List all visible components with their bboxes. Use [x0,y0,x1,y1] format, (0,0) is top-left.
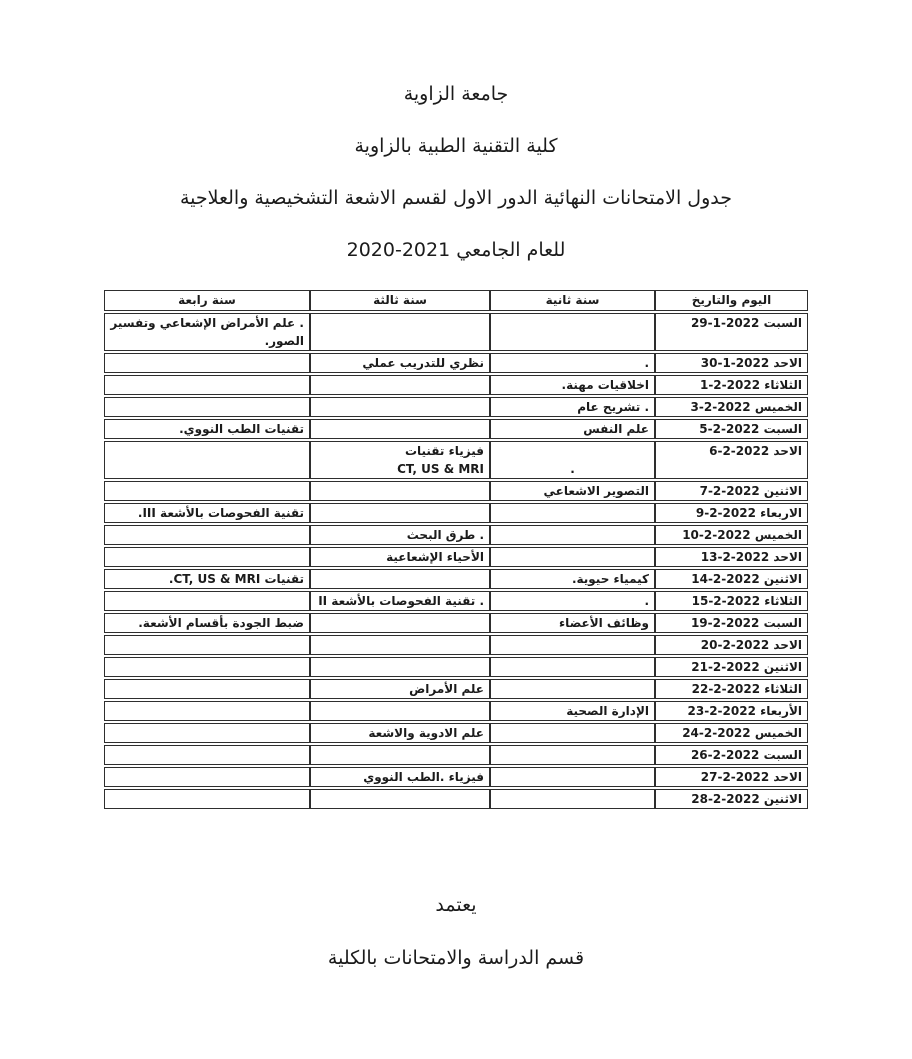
title-university: جامعة الزاوية [0,80,912,108]
cell-date: الاربعاء 2022-2-9 [655,503,808,523]
table-row: السبت 2022-1-29 . علم الأمراض الإشعاعي و… [104,313,808,351]
cell-year4 [104,441,310,479]
cell-year3: نظري للتدريب عملي [310,353,490,373]
table-row: الثلاثاء 2022-2-22 علم الأمراض [104,679,808,699]
table-row: الاثنين 2022-2-14 كيمياء حيوية. تقنيات C… [104,569,808,589]
cell-year3: علم الأمراض [310,679,490,699]
cell-year3 [310,657,490,677]
cell-date: الاثنين 2022-2-28 [655,789,808,809]
table-row: السبت 2022-2-5 علم النفس تقنيات الطب الن… [104,419,808,439]
table-row: الاثنين 2022-2-7 التصوير الاشعاعي [104,481,808,501]
table-row: الاربعاء 2022-2-9 تقنية الفحوصات بالأشعة… [104,503,808,523]
cell-year2 [490,547,655,567]
table-row: الاحد 2022-2-27 فيزياء .الطب النووي [104,767,808,787]
cell-date: الاثنين 2022-2-21 [655,657,808,677]
table-row: اليوم والتاريخ سنة ثانية سنة ثالثة سنة ر… [104,290,808,311]
cell-year4 [104,745,310,765]
table-row: الاثنين 2022-2-21 [104,657,808,677]
cell-date: الاثنين 2022-2-7 [655,481,808,501]
cell-date: السبت 2022-1-29 [655,313,808,351]
cell-year4: تقنية الفحوصات بالأشعة III. [104,503,310,523]
title-academic-year: للعام الجامعي 2021-2020 [0,236,912,264]
cell-year2: اخلاقيات مهنة. [490,375,655,395]
document-page: جامعة الزاوية كلية التقنية الطبية بالزاو… [0,0,912,1059]
cell-year2: . تشريح عام [490,397,655,417]
cell-year3 [310,569,490,589]
cell-year2 [490,723,655,743]
cell-year3 [310,635,490,655]
cell-year4: تقنيات CT, US & MRI. [104,569,310,589]
cell-year2: . [490,353,655,373]
cell-year3 [310,397,490,417]
cell-date: الاحد 2022-1-30 [655,353,808,373]
approval-label: يعتمد [0,891,912,919]
cell-year3 [310,789,490,809]
cell-year3 [310,503,490,523]
cell-year3 [310,313,490,351]
cell-date: الثلاثاء 2022-2-1 [655,375,808,395]
cell-date: الاحد 2022-2-27 [655,767,808,787]
cell-year3: فيزياء تقنيات CT, US & MRI [310,441,490,479]
cell-year2 [490,679,655,699]
cell-year2: . [490,441,655,479]
column-header-date: اليوم والتاريخ [655,290,808,311]
cell-date: السبت 2022-2-5 [655,419,808,439]
column-header-year3: سنة ثالثة [310,290,490,311]
cell-year4 [104,375,310,395]
cell-year4 [104,701,310,721]
cell-date: الثلاثاء 2022-2-15 [655,591,808,611]
cell-year4 [104,547,310,567]
title-college: كلية التقنية الطبية بالزاوية [0,132,912,160]
table-row: الاثنين 2022-2-28 [104,789,808,809]
cell-year2 [490,525,655,545]
cell-year4 [104,397,310,417]
cell-year4: . علم الأمراض الإشعاعي وتفسير الصور. [104,313,310,351]
cell-date: الاحد 2022-2-6 [655,441,808,479]
cell-date: الأربعاء 2022-2-23 [655,701,808,721]
cell-year4 [104,353,310,373]
cell-year4 [104,789,310,809]
department-signature: قسم الدراسة والامتحانات بالكلية [0,944,912,972]
table-row: الخميس 2022-2-3 . تشريح عام [104,397,808,417]
table-header-row: اليوم والتاريخ سنة ثانية سنة ثالثة سنة ر… [104,290,808,311]
cell-year2: . [490,591,655,611]
cell-year2: علم النفس [490,419,655,439]
cell-year3 [310,375,490,395]
cell-year2: التصوير الاشعاعي [490,481,655,501]
table-row: الثلاثاء 2022-2-15 . . تقنية الفحوصات با… [104,591,808,611]
cell-date: السبت 2022-2-26 [655,745,808,765]
table-row: الأربعاء 2022-2-23 الإدارة الصحية [104,701,808,721]
cell-date: الاحد 2022-2-20 [655,635,808,655]
cell-year2 [490,503,655,523]
cell-year3 [310,481,490,501]
cell-year3: . تقنية الفحوصات بالأشعة II [310,591,490,611]
table-row: الاحد 2022-2-6 . فيزياء تقنيات CT, US & … [104,441,808,479]
cell-date: الثلاثاء 2022-2-22 [655,679,808,699]
exam-schedule-table: اليوم والتاريخ سنة ثانية سنة ثالثة سنة ر… [104,288,808,811]
cell-year3: الأحياء الإشعاعية [310,547,490,567]
cell-date: الاثنين 2022-2-14 [655,569,808,589]
cell-year4 [104,723,310,743]
cell-year4 [104,679,310,699]
table-row: الاحد 2022-2-13 الأحياء الإشعاعية [104,547,808,567]
cell-year4 [104,635,310,655]
title-schedule: جدول الامتحانات النهائية الدور الاول لقس… [0,184,912,212]
cell-year3 [310,613,490,633]
table-row: السبت 2022-2-19 وظائف الأعضاء ضبط الجودة… [104,613,808,633]
table-row: الخميس 2022-2-10 . طرق البحث [104,525,808,545]
column-header-year2: سنة ثانية [490,290,655,311]
cell-year3: . طرق البحث [310,525,490,545]
cell-year2 [490,789,655,809]
cell-year2 [490,657,655,677]
cell-year3: علم الادوية والاشعة [310,723,490,743]
cell-date: الاحد 2022-2-13 [655,547,808,567]
table-row: السبت 2022-2-26 [104,745,808,765]
cell-year4 [104,657,310,677]
cell-year2: كيمياء حيوية. [490,569,655,589]
cell-year4 [104,481,310,501]
cell-year2: وظائف الأعضاء [490,613,655,633]
cell-year4 [104,525,310,545]
cell-year2 [490,767,655,787]
cell-year3: فيزياء .الطب النووي [310,767,490,787]
document-header: جامعة الزاوية كلية التقنية الطبية بالزاو… [0,0,912,264]
cell-year3 [310,701,490,721]
cell-year3 [310,419,490,439]
table-row: الاحد 2022-2-20 [104,635,808,655]
cell-year2 [490,745,655,765]
cell-year2 [490,313,655,351]
cell-date: الخميس 2022-2-10 [655,525,808,545]
table-row: الثلاثاء 2022-2-1 اخلاقيات مهنة. [104,375,808,395]
cell-year3 [310,745,490,765]
table-row: الاحد 2022-1-30 . نظري للتدريب عملي [104,353,808,373]
cell-year4: تقنيات الطب النووي. [104,419,310,439]
cell-date: الخميس 2022-2-3 [655,397,808,417]
cell-year4 [104,591,310,611]
cell-year4 [104,767,310,787]
table-row: الخميس 2022-2-24 علم الادوية والاشعة [104,723,808,743]
cell-year2 [490,635,655,655]
cell-date: الخميس 2022-2-24 [655,723,808,743]
column-header-year4: سنة رابعة [104,290,310,311]
exam-table-body: السبت 2022-1-29 . علم الأمراض الإشعاعي و… [104,313,808,809]
cell-year2: الإدارة الصحية [490,701,655,721]
cell-year4: ضبط الجودة بأقسام الأشعة. [104,613,310,633]
cell-date: السبت 2022-2-19 [655,613,808,633]
